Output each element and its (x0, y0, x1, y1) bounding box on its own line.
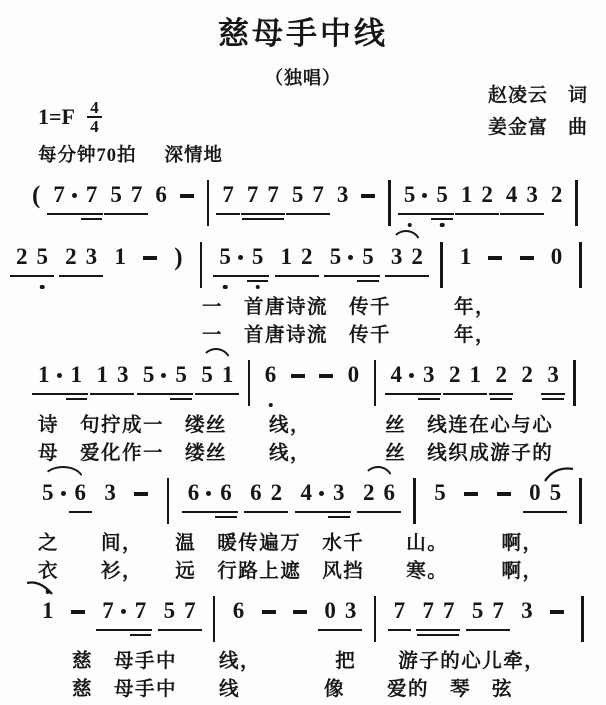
underline-eighth (520, 213, 544, 216)
duration-dash (71, 610, 85, 614)
note: 6 (155, 182, 167, 208)
underline-eighth (463, 393, 487, 396)
augmentation-dot (72, 193, 77, 198)
note: 5 (175, 362, 187, 388)
note-digit: 2 (363, 480, 375, 506)
note: 2 (16, 244, 28, 270)
augmentation-dot (319, 491, 324, 496)
note-digit: 3 (521, 598, 533, 624)
note-digit: 5 (42, 480, 54, 506)
note: 5 (164, 598, 176, 624)
note-group: 0 (348, 362, 360, 408)
note-group: 7 (222, 182, 234, 228)
note-digit: 5 (175, 362, 187, 388)
note-group: 57 (292, 182, 324, 228)
note-digit: 6 (233, 598, 245, 624)
note-digit: 2 (16, 244, 28, 270)
barline (581, 596, 584, 642)
note-digit: 3 (337, 182, 349, 208)
note-group: 2 (521, 362, 533, 408)
underline-eighth (129, 629, 153, 632)
augmentation-dot (348, 255, 353, 260)
note-group: 66 (188, 480, 232, 526)
note: 5 (550, 480, 562, 506)
augmentation-dot (422, 193, 427, 198)
note-digit: 2 (481, 182, 493, 208)
underline-eighth (475, 213, 499, 216)
underline-sixteenth (242, 218, 264, 221)
underline-eighth (125, 213, 149, 216)
note-digit: 5 (37, 244, 49, 270)
note-group: 23 (65, 244, 97, 290)
note: 7 (222, 182, 234, 208)
note: 2 (271, 480, 283, 506)
note: 3 (337, 182, 349, 208)
note-digit: 5 (472, 598, 484, 624)
note: 7 (247, 182, 259, 208)
note-digit: 2 (65, 244, 77, 270)
underline-eighth (96, 629, 132, 632)
note: 6 (188, 480, 212, 506)
lyric-block: 慈 母手中 线， 把 游子的心儿牵，慈 母手中 线 像 爱的 琴 弦 (0, 648, 606, 704)
note-group: 77 (102, 598, 146, 644)
composer-credit: 姜金富 曲 (488, 112, 588, 144)
underline-sixteenth (417, 634, 439, 637)
note-digit: 1 (96, 362, 108, 388)
note: 6 (265, 362, 277, 388)
underline-sixteenth (328, 516, 350, 519)
tempo-marking: 每分钟70拍 (38, 141, 137, 167)
sheet-music-page: 慈母手中线 （独唱） 赵凌云 词 姜金富 曲 1=F 4 4 每分钟70拍 深情… (0, 0, 606, 705)
underline-sixteenth (130, 634, 152, 637)
note-digit: 4 (391, 362, 403, 388)
note-digit: 7 (135, 598, 147, 624)
lyric-line: 之 间， 温 暖传遍万 水千 山。 啊， (0, 530, 606, 558)
note: 5 (37, 244, 49, 270)
note: 6 (233, 598, 245, 624)
note: 1 (71, 362, 83, 388)
note-group: 3 (521, 598, 533, 644)
underline-eighth (80, 275, 104, 278)
note: 1 (38, 362, 62, 388)
note: 4 (391, 362, 415, 388)
note-digit: 2 (521, 362, 533, 388)
barline (575, 180, 578, 226)
song-title: 慈母手中线 (0, 8, 606, 53)
underline-eighth (265, 511, 289, 514)
note: 7 (443, 598, 455, 624)
underline-eighth (327, 511, 351, 514)
note-digit: 2 (495, 362, 507, 388)
note-digit: 3 (391, 244, 403, 270)
note-group: 56 (42, 480, 86, 526)
note-digit: 1 (469, 362, 481, 388)
note: 0 (551, 244, 563, 270)
underline-sixteenth (490, 398, 512, 401)
underline-eighth (80, 213, 104, 216)
note-group: 57 (110, 182, 142, 228)
note-digit: 1 (71, 362, 83, 388)
lyric-line: 诗 句拧成一 缕丝 线， 丝 线连在心与心 (0, 412, 606, 440)
note: 5 (362, 244, 374, 270)
note-digit: 1 (461, 182, 473, 208)
note-group: 1 (114, 244, 126, 290)
underline-eighth (214, 511, 238, 514)
note-group: 55 (143, 362, 187, 408)
underline-sixteenth (357, 280, 379, 283)
note: 2 (363, 480, 375, 506)
note-digit: 5 (143, 362, 155, 388)
underline-eighth (377, 511, 401, 514)
duration-dash (319, 374, 333, 378)
underline-eighth (111, 393, 135, 396)
barline (213, 596, 216, 642)
underline-eighth (437, 629, 461, 632)
note-digit: 4 (301, 480, 313, 506)
note: 3 (521, 598, 533, 624)
note: 3 (391, 244, 403, 270)
note: 3 (104, 480, 116, 506)
underline-sixteenth (542, 398, 564, 401)
note-digit: 7 (267, 182, 279, 208)
note: 1 (469, 362, 481, 388)
note: 2 (495, 362, 507, 388)
lyricist-credit: 赵凌云 词 (488, 80, 588, 112)
augmentation-dot (409, 373, 414, 378)
note: 5 (436, 182, 448, 208)
barline (248, 360, 251, 406)
note-digit: 3 (526, 182, 538, 208)
underline-eighth (182, 511, 218, 514)
lyric-block: 诗 句拧成一 缕丝 线， 丝 线连在心与心母 爱化作一 缕丝 线， 丝 线织成游… (0, 412, 606, 468)
duration-dash (180, 194, 194, 198)
note: 2 (551, 182, 563, 208)
underline-eighth (295, 511, 331, 514)
note-digit: 4 (506, 182, 518, 208)
lyric-line: 慈 母手中 线， 把 游子的心儿牵， (0, 648, 606, 676)
underline-sixteenth (431, 218, 453, 221)
note: 0 (348, 362, 360, 388)
note-digit: 6 (383, 480, 395, 506)
note-digit: 7 (53, 182, 65, 208)
note-group: 62 (250, 480, 282, 526)
note-digit: 6 (155, 182, 167, 208)
note-group: 25 (16, 244, 48, 290)
note-digit: 7 (131, 182, 143, 208)
duration-dash (291, 374, 305, 378)
note: 5 (330, 244, 354, 270)
note-group: 5 (434, 480, 446, 526)
note-group: 0 (551, 244, 563, 290)
note: 6 (383, 480, 395, 506)
tempo-row: 每分钟70拍 深情地 (38, 141, 223, 167)
underline-eighth (65, 393, 89, 396)
underline-eighth (31, 275, 55, 278)
duration-dash (143, 256, 157, 260)
note-digit: 3 (345, 598, 357, 624)
note-group: 13 (96, 362, 128, 408)
note-group: 12 (461, 182, 493, 228)
barline (579, 242, 582, 288)
note: 1 (461, 182, 473, 208)
note-digit: 3 (547, 362, 559, 388)
note: 1 (42, 598, 54, 624)
note-digit: 0 (551, 244, 563, 270)
underline-sixteenth (418, 398, 440, 401)
underline-eighth (417, 393, 441, 396)
note: 5 (42, 480, 66, 506)
note-digit: 5 (550, 480, 562, 506)
low-octave-dot (255, 285, 260, 290)
augmentation-dot (238, 255, 243, 260)
note: 1 (114, 244, 126, 270)
note-group: 26 (363, 480, 395, 526)
note-digit: 2 (411, 244, 423, 270)
note: 7 (131, 182, 143, 208)
note-group: 2 (495, 362, 507, 408)
note-digit: 5 (330, 244, 342, 270)
note-group: 12 (281, 244, 313, 290)
barline (388, 180, 391, 226)
lyric-line: 慈 母手中 线 像 爱的 琴 弦 (0, 676, 606, 704)
note: 5 (434, 480, 446, 506)
underline-eighth (489, 393, 513, 396)
parenthesis: ) (174, 244, 182, 272)
note-digit: 3 (86, 244, 98, 270)
underline-eighth (324, 275, 360, 278)
time-signature-numerator: 4 (90, 100, 99, 115)
note: 2 (521, 362, 533, 388)
high-octave-dot (46, 589, 51, 594)
underline-sixteenth (262, 218, 284, 221)
note: 4 (506, 182, 518, 208)
note-digit: 5 (362, 244, 374, 270)
note: 5 (292, 182, 304, 208)
note-digit: 6 (250, 480, 262, 506)
barline (413, 478, 416, 524)
note-digit: 0 (348, 362, 360, 388)
note: 5 (219, 244, 243, 270)
note: 3 (547, 362, 559, 388)
note-digit: 5 (110, 182, 122, 208)
score-line: 25231)5512553210 (0, 234, 606, 296)
score-line: 17757603777573 (0, 588, 606, 650)
note-digit: 3 (423, 362, 435, 388)
underline-sixteenth (215, 516, 237, 519)
note-group: 2 (551, 182, 563, 228)
key-and-meter: 1=F 4 4 (38, 100, 102, 134)
note: 7 (422, 598, 434, 624)
note-digit: 1 (42, 598, 54, 624)
augmentation-dot (57, 373, 62, 378)
note: 3 (333, 480, 345, 506)
note-group: 1 (460, 244, 472, 290)
note-digit: 5 (434, 480, 446, 506)
note-group: 3 (337, 182, 349, 228)
underline-sixteenth (81, 218, 103, 221)
low-octave-dot (40, 285, 45, 290)
slur-arc (363, 466, 393, 480)
augmentation-dot (206, 491, 211, 496)
underline-eighth (213, 275, 249, 278)
note-digit: 5 (436, 182, 448, 208)
note: 2 (449, 362, 461, 388)
underline-eighth (388, 629, 412, 632)
underline-eighth (47, 213, 83, 216)
note-digit: 7 (86, 182, 98, 208)
note-digit: 7 (247, 182, 259, 208)
note-digit: 2 (271, 480, 283, 506)
note: 7 (312, 182, 324, 208)
note-digit: 1 (114, 244, 126, 270)
note: 5 (404, 182, 428, 208)
note: 3 (86, 244, 98, 270)
note-group: 43 (301, 480, 345, 526)
underline-eighth (306, 213, 330, 216)
note-digit: 7 (102, 598, 114, 624)
note: 2 (301, 244, 313, 270)
slur-arc (42, 466, 84, 480)
note-group: 7 (394, 598, 406, 644)
note-digit: 7 (222, 182, 234, 208)
underline-eighth (216, 213, 240, 216)
underline-eighth (385, 393, 421, 396)
underline-sixteenth (438, 634, 460, 637)
underline-eighth (544, 511, 568, 514)
note-group: 55 (404, 182, 448, 228)
note-group: 43 (506, 182, 538, 228)
barline (440, 242, 443, 288)
note: 1 (281, 244, 293, 270)
note-group: 6 (233, 598, 245, 644)
underline-eighth (405, 275, 429, 278)
duration-dash (464, 492, 478, 496)
duration-dash (497, 492, 511, 496)
lyric-block: 一 首唐诗流 传千 年，一 首唐诗流 传千 年， (0, 294, 606, 350)
note-group: 51 (201, 362, 233, 408)
note-digit: 7 (422, 598, 434, 624)
note-digit: 7 (394, 598, 406, 624)
note: 6 (75, 480, 87, 506)
barline (579, 478, 582, 524)
underline-eighth (541, 393, 565, 396)
lyric-line: 母 爱化作一 缕丝 线， 丝 线织成游子的 (0, 440, 606, 468)
note-digit: 5 (252, 244, 264, 270)
note: 3 (423, 362, 435, 388)
note-group: 77 (53, 182, 97, 228)
barline (207, 180, 210, 226)
note: 6 (250, 480, 262, 506)
note: 7 (267, 182, 279, 208)
note-digit: 5 (404, 182, 416, 208)
underline-eighth (339, 629, 363, 632)
augmentation-dot (121, 609, 126, 614)
low-octave-dot (223, 285, 228, 290)
note-digit: 6 (75, 480, 87, 506)
note: 5 (110, 182, 122, 208)
underline-eighth (486, 629, 510, 632)
note: 7 (135, 598, 147, 624)
note-group: 1 (42, 598, 54, 644)
barline (374, 596, 377, 642)
note-digit: 5 (292, 182, 304, 208)
note-digit: 2 (301, 244, 313, 270)
parenthesis: ( (32, 182, 40, 210)
note: 6 (220, 480, 232, 506)
note: 5 (143, 362, 167, 388)
underline-sixteenth (66, 398, 88, 401)
underline-eighth (169, 393, 193, 396)
underline-eighth (356, 275, 380, 278)
note-digit: 0 (324, 598, 336, 624)
note-digit: 1 (460, 244, 472, 270)
note-group: 55 (219, 244, 263, 290)
key-signature: 1=F (38, 104, 75, 130)
augmentation-dot (61, 491, 66, 496)
augmentation-dot (161, 373, 166, 378)
note-digit: 3 (117, 362, 129, 388)
note-group: 77 (422, 598, 454, 644)
duration-dash (361, 194, 375, 198)
note-group: 57 (164, 598, 196, 644)
note-group: 43 (391, 362, 435, 408)
note: 3 (117, 362, 129, 388)
underline-eighth (137, 393, 173, 396)
note-group: 21 (449, 362, 481, 408)
note: 2 (65, 244, 77, 270)
note-group: 3 (104, 480, 116, 526)
underline-eighth (178, 629, 202, 632)
note: 7 (492, 598, 504, 624)
duration-dash (262, 610, 276, 614)
note-digit: 7 (492, 598, 504, 624)
note: 7 (394, 598, 406, 624)
note: 2 (411, 244, 423, 270)
note-digit: 3 (104, 480, 116, 506)
note-digit: 5 (201, 362, 213, 388)
note: 7 (86, 182, 98, 208)
note-digit: 7 (443, 598, 455, 624)
note: 5 (252, 244, 264, 270)
note-group: 11 (38, 362, 82, 408)
score-line: 56366624326505 (0, 470, 606, 532)
duration-dash (134, 492, 148, 496)
note-digit: 3 (333, 480, 345, 506)
note-digit: 7 (184, 598, 196, 624)
time-signature-denominator: 4 (90, 119, 99, 134)
note: 1 (96, 362, 108, 388)
lyric-line: 衣 衫， 远 行路上遮 风挡 寒。 啊， (0, 558, 606, 586)
barline (200, 242, 203, 288)
underline-eighth (430, 213, 454, 216)
note-group: 03 (324, 598, 356, 644)
note: 7 (102, 598, 126, 624)
note-group: 57 (472, 598, 504, 644)
note: 3 (345, 598, 357, 624)
note: 1 (460, 244, 472, 270)
duration-dash (293, 610, 307, 614)
note-digit: 5 (219, 244, 231, 270)
lyric-line: 一 首唐诗流 传千 年， (0, 322, 606, 350)
lyric-block: 之 间， 温 暖传遍万 水千 山。 啊，衣 衫， 远 行路上遮 风挡 寒。 啊， (0, 530, 606, 586)
underline-eighth (246, 275, 270, 278)
note-group: 6 (265, 362, 277, 408)
note-group: 77 (247, 182, 279, 228)
note: 7 (53, 182, 77, 208)
lyric-line: 一 首唐诗流 传千 年， (0, 294, 606, 322)
note: 5 (472, 598, 484, 624)
note-group: 05 (529, 480, 561, 526)
